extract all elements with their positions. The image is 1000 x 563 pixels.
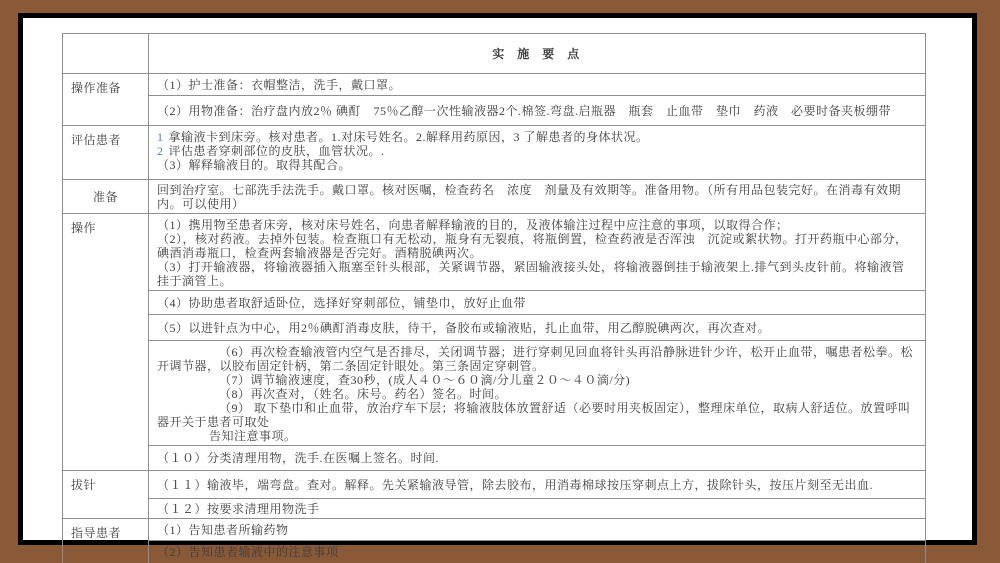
op-step-7: （7）调节输液速度，查30秒，(成人４０～６０滴/分儿童２０～４０滴/分) (157, 373, 915, 387)
op-step-4: （4）协助患者取舒适卧位，选择好穿刺部位，铺垫巾，放好止血带 (149, 291, 926, 315)
table-title: 实 施 要 点 (149, 34, 926, 74)
section-label-needle-withdrawal: 拔针 (63, 471, 149, 519)
assess-line-3: （3）解释输液目的。取得其配合。 (157, 158, 915, 172)
op-step-1: （1）携用物至患者床旁，核对床号姓名，向患者解释输液的目的，及液体输注过程中应注… (157, 218, 915, 232)
prepare-cell: 回到治疗室。七部洗手法洗手。戴口罩。核对医嘱，检查药名 浓度 剂量及有效期等。准… (149, 180, 926, 214)
op-step-8: （8）再次查对，（姓名。床号。药名）签名。时间。 (157, 387, 915, 401)
op-step-3: （3）打开输液器，将输液器插入瓶塞至针头根部，关紧调节器，紧固输液接头处，将输液… (157, 260, 915, 288)
section-label-prepare: 准备 (63, 180, 149, 214)
section-label-operation-prep: 操作准备 (63, 74, 149, 126)
assess-line-2: 2评估患者穿刺部位的皮肤，血管状况。. (157, 144, 915, 158)
assess-num-1: 1 (157, 130, 164, 144)
section-label-operation: 操作 (63, 214, 149, 471)
withdraw-step-12: （１２）按要求清理用物洗手 (149, 499, 926, 519)
assess-patient-cell: 1拿输液卡到床旁。核对患者。1.对床号姓名。2.解释用药原因，3 了解患者的身体… (149, 126, 926, 180)
header-label-cell-empty (63, 34, 149, 74)
operation-steps-1-3: （1）携用物至患者床旁，核对床号姓名，向患者解释输液的目的，及液体输注过程中应注… (149, 214, 926, 291)
operation-steps-6-9: （6）再次检查输液管内空气是否排尽，关闭调节器；进行穿刺见回血将针头再沿静脉进针… (149, 341, 926, 446)
assess-line-1: 1拿输液卡到床旁。核对患者。1.对床号姓名。2.解释用药原因，3 了解患者的身体… (157, 130, 915, 144)
implementation-points-table: 实 施 要 点 操作准备 （1）护士准备：衣帽整洁，洗手，戴口罩。 （2）用物准… (62, 33, 926, 563)
op-step-9-cont: 告知注意事项。 (157, 429, 915, 443)
section-label-patient-guidance: 指导患者 (63, 519, 149, 563)
guide-step-2: （2）告知患者输液中的注意事项 (149, 541, 926, 563)
step-nurse-prep: （1）护士准备：衣帽整洁，洗手，戴口罩。 (149, 74, 926, 96)
op-step-9: （9） 取下垫巾和止血带，放治疗车下层；将输液肢体放置舒适（必要时用夹板固定），… (157, 401, 915, 429)
op-step-5: （5）以进针点为中心，用2％碘酊消毒皮肤，待干，备胶布或输液贴，扎止血带，用乙醇… (149, 315, 926, 341)
assess-num-2: 2 (157, 144, 164, 158)
op-step-10: （１０）分类清理用物，洗手.在医嘱上签名。时间. (149, 446, 926, 471)
op-step-6: （6）再次检查输液管内空气是否排尽，关闭调节器；进行穿刺见回血将针头再沿静脉进针… (157, 345, 915, 373)
screenshot-root: { "frame": { "outer_color": "#8a5a38", "… (0, 0, 1000, 563)
slide-page: 实 施 要 点 操作准备 （1）护士准备：衣帽整洁，洗手，戴口罩。 （2）用物准… (18, 13, 977, 545)
section-label-assess-patient: 评估患者 (63, 126, 149, 180)
withdraw-step-11: （１１）输液毕，端弯盘。查对。解释。先关紧输液导管，除去胶布，用消毒棉球按压穿刺… (149, 471, 926, 499)
op-step-2: （2），核对药液。去掉外包装。检查瓶口有无松动，瓶身有无裂痕，将瓶倒置，检查药液… (157, 232, 915, 260)
step-supplies-prep: （2）用物准备：治疗盘内放2％ 碘酊 75％乙醇一次性输液器2个.棉签.弯盘.启… (149, 96, 926, 126)
guide-step-1: （1）告知患者所输药物 (149, 519, 926, 541)
